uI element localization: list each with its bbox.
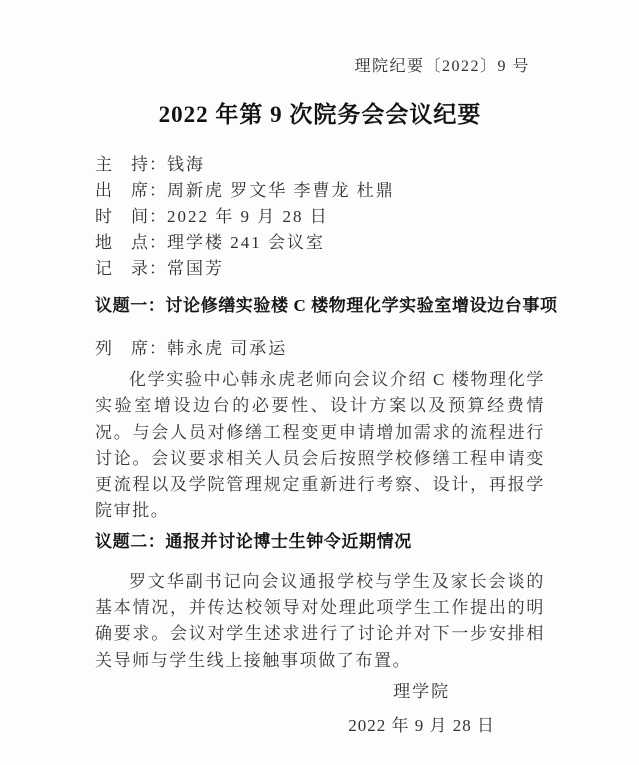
topic-1-paragraph: 化学实验中心韩永虎老师向会议介绍 C 楼物理化学实验室增设边台的必要性、设计方案…	[95, 367, 545, 525]
meta-value-attendees: 周新虎 罗文华 李曹龙 杜鼎	[167, 181, 395, 200]
doc-number: 理院纪要〔2022〕9 号	[95, 57, 545, 77]
meta-list: 主 持：钱海 出 席：周新虎 罗文华 李曹龙 杜鼎 时 间：2022 年 9 月…	[95, 152, 545, 282]
meta-row-time: 时 间：2022 年 9 月 28 日	[95, 204, 545, 230]
signature-date: 2022 年 9 月 28 日	[348, 713, 495, 739]
meta-label-host: 主 持：	[95, 155, 167, 174]
meta-label-time: 时 间：	[95, 207, 167, 226]
observer-label: 列 席：	[95, 339, 167, 358]
meta-row-attendees: 出 席：周新虎 罗文华 李曹龙 杜鼎	[95, 178, 545, 204]
meta-row-location: 地 点：理学楼 241 会议室	[95, 230, 545, 256]
meta-row-recorder: 记 录：常国芳	[95, 256, 545, 282]
signature-org: 理学院	[348, 679, 495, 705]
document-page: 理院纪要〔2022〕9 号 2022 年第 9 次院务会会议纪要 主 持：钱海 …	[0, 0, 639, 765]
topic-1-heading: 议题一：讨论修缮实验楼 C 楼物理化学实验室增设边台事项	[95, 293, 545, 319]
topic-2-heading: 议题二：通报并讨论博士生钟令近期情况	[95, 529, 545, 555]
meta-label-recorder: 记 录：	[95, 259, 167, 278]
meta-value-time: 2022 年 9 月 28 日	[167, 207, 329, 226]
observer-row: 列 席：韩永虎 司承运	[95, 336, 545, 362]
signature-block: 理学院 2022 年 9 月 28 日	[348, 679, 495, 739]
meta-value-location: 理学楼 241 会议室	[167, 233, 325, 252]
observer-value: 韩永虎 司承运	[167, 339, 287, 358]
meta-label-location: 地 点：	[95, 233, 167, 252]
meta-label-attendees: 出 席：	[95, 181, 167, 200]
topic-2-paragraph: 罗文华副书记向会议通报学校与学生及家长会谈的基本情况，并传达校领导对处理此项学生…	[95, 569, 545, 674]
document-title: 2022 年第 9 次院务会会议纪要	[95, 100, 545, 130]
meta-value-host: 钱海	[167, 155, 205, 174]
meta-value-recorder: 常国芳	[167, 259, 224, 278]
meta-row-host: 主 持：钱海	[95, 152, 545, 178]
